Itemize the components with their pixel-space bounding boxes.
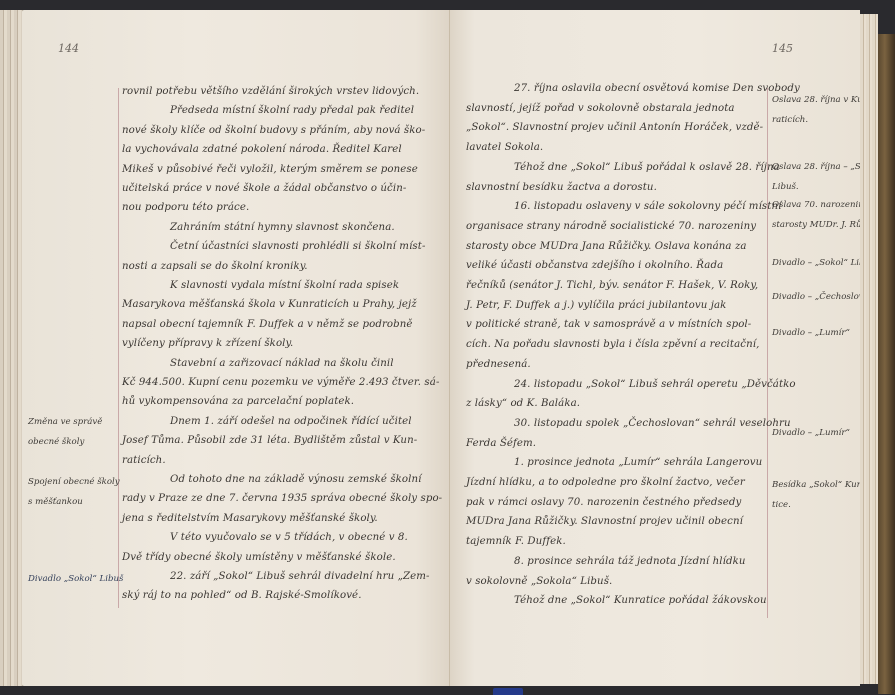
handwritten-line: Téhož dne „Sokol“ Kunratice pořádal žáko… bbox=[514, 595, 767, 606]
margin-note: raticích. bbox=[772, 115, 808, 125]
handwritten-line: „Sokol“. Slavnostní projev učinil Antoní… bbox=[466, 122, 763, 133]
handwritten-line: učitelská práce v nové škole a žádal obč… bbox=[122, 183, 406, 194]
left-page: 144 rovnil potřebu většího vzdělání širo… bbox=[22, 10, 450, 686]
handwritten-line: 27. října oslavila obecní osvětová komis… bbox=[514, 83, 800, 94]
handwritten-line: starosty obce MUDra Jana Růžičky. Oslava… bbox=[466, 241, 747, 252]
margin-note: Změna ve správě bbox=[28, 417, 102, 427]
handwritten-line: Předseda místní školní rady předal pak ř… bbox=[170, 105, 414, 116]
book-cover-edge bbox=[878, 34, 895, 694]
page-number-right: 145 bbox=[772, 42, 793, 55]
handwritten-line: nou podporu této práce. bbox=[122, 202, 249, 213]
left-page-edges bbox=[0, 10, 23, 686]
handwritten-line: Jízdní hlídku, a to odpoledne pro školní… bbox=[466, 477, 745, 488]
handwritten-line: Téhož dne „Sokol“ Libuš pořádal k oslavě… bbox=[514, 162, 780, 173]
handwritten-line: řečníků (senátor J. Tichl, býv. senátor … bbox=[466, 280, 758, 291]
handwritten-line: Josef Tůma. Působil zde 31 léta. Bydlišt… bbox=[122, 435, 417, 446]
handwritten-line: Kč 944.500. Kupní cenu pozemku ve výměře… bbox=[122, 377, 439, 388]
handwritten-line: Mikeš v působivé řeči vyložil, kterým sm… bbox=[122, 164, 418, 175]
handwritten-line: jena s ředitelstvím Masarykovy měšťanské… bbox=[122, 513, 378, 524]
page-number-left: 144 bbox=[58, 42, 79, 55]
margin-note: Divadlo „Sokol“ Libuš bbox=[28, 574, 123, 584]
handwritten-line: Masarykova měšťanská škola v Kunraticích… bbox=[122, 299, 417, 310]
handwritten-line: vylíčeny přípravy k zřízení školy. bbox=[122, 338, 293, 349]
handwritten-line: pak v rámci oslavy 70. narozenin čestnéh… bbox=[466, 497, 741, 508]
handwritten-line: ský ráj to na pohled“ od B. Rajské-Smolí… bbox=[122, 590, 362, 601]
handwritten-line: la vychovávala zdatné pokolení národa. Ř… bbox=[122, 144, 402, 155]
handwritten-line: 8. prosince sehrála táž jednota Jízdní h… bbox=[514, 556, 746, 567]
handwritten-line: MUDra Jana Růžičky. Slavnostní projev uč… bbox=[466, 516, 743, 527]
handwritten-line: 30. listopadu spolek „Čechoslovan“ sehrá… bbox=[514, 418, 791, 429]
handwritten-line: Četní účastníci slavnosti prohlédli si š… bbox=[170, 241, 426, 252]
handwritten-line: veliké účasti občanstva zdejšího i okoln… bbox=[466, 260, 723, 271]
handwritten-line: nové školy klíče od školní budovy s přán… bbox=[122, 125, 425, 136]
handwritten-line: napsal obecní tajemník F. Duffek a v něm… bbox=[122, 319, 413, 330]
handwritten-line: 1. prosince jednota „Lumír“ sehrála Lang… bbox=[514, 457, 762, 468]
handwritten-line: v politické straně, tak v samosprávě a v… bbox=[466, 319, 751, 330]
margin-note: Besídka „Sokol“ Kuna- bbox=[772, 480, 870, 490]
handwritten-line: V této vyučovalo se v 5 třídách, v obecn… bbox=[170, 532, 408, 543]
margin-note: s měšťankou bbox=[28, 497, 83, 507]
margin-note: Oslava 28. října v Kun- bbox=[772, 95, 871, 105]
right-page-edges bbox=[860, 14, 878, 684]
handwritten-line: Od tohoto dne na základě výnosu zemské š… bbox=[170, 474, 422, 485]
right-page: 145 27. října oslavila obecní osvětová k… bbox=[450, 10, 860, 686]
handwritten-line: nosti a zapsali se do školní kroniky. bbox=[122, 261, 308, 272]
margin-note: Divadlo – „Lumír“ bbox=[772, 328, 850, 338]
left-margin-rule bbox=[118, 88, 119, 608]
handwritten-line: přednesená. bbox=[466, 359, 531, 370]
handwritten-line: tajemník F. Duffek. bbox=[466, 536, 566, 547]
margin-note: tice. bbox=[772, 500, 791, 510]
handwritten-line: rady v Praze ze dne 7. června 1935 správ… bbox=[122, 493, 442, 504]
margin-note: Spojení obecné školy bbox=[28, 477, 120, 487]
handwritten-line: slavností, jejíž pořad v sokolovně obsta… bbox=[466, 103, 735, 114]
handwritten-line: J. Petr, F. Duffek a j.) vylíčila práci … bbox=[466, 300, 726, 311]
margin-note: obecné školy bbox=[28, 437, 84, 447]
handwritten-line: Dnem 1. září odešel na odpočinek řídící … bbox=[170, 416, 412, 427]
open-ledger-book: 144 rovnil potřebu většího vzdělání širo… bbox=[0, 4, 895, 690]
handwritten-line: z lásky“ od K. Baláka. bbox=[466, 398, 580, 409]
handwritten-line: 22. září „Sokol“ Libuš sehrál divadelní … bbox=[170, 571, 430, 582]
handwritten-line: cích. Na pořadu slavnosti byla i čísla z… bbox=[466, 339, 759, 350]
handwritten-line: 24. listopadu „Sokol“ Libuš sehrál opere… bbox=[514, 379, 796, 390]
handwritten-line: raticích. bbox=[122, 455, 166, 466]
handwritten-line: Stavební a zařizovací náklad na školu či… bbox=[170, 358, 394, 369]
handwritten-line: Ferda Šéfem. bbox=[466, 438, 536, 449]
handwritten-line: 16. listopadu oslaveny v sále sokolovny … bbox=[514, 201, 781, 212]
handwritten-line: organisace strany národně socialistické … bbox=[466, 221, 756, 232]
blue-clip bbox=[493, 688, 523, 695]
handwritten-line: K slavnosti vydala místní školní rada sp… bbox=[170, 280, 399, 291]
handwritten-line: rovnil potřebu většího vzdělání širokých… bbox=[122, 86, 419, 97]
handwritten-line: slavnostní besídku žactva a dorostu. bbox=[466, 182, 657, 193]
handwritten-line: hů vykompensována za parcelační poplatek… bbox=[122, 396, 354, 407]
handwritten-line: Dvě třídy obecné školy umístěny v měšťan… bbox=[122, 552, 396, 563]
margin-note: Divadlo – „Lumír“ bbox=[772, 428, 850, 438]
margin-note: Oslava 70. narozenin bbox=[772, 200, 864, 210]
handwritten-line: Zahráním státní hymny slavnost skončena. bbox=[170, 222, 395, 233]
handwritten-line: v sokolovně „Sokola“ Libuš. bbox=[466, 576, 612, 587]
handwritten-line: lavatel Sokola. bbox=[466, 142, 543, 153]
margin-note: Libuš. bbox=[772, 182, 799, 192]
